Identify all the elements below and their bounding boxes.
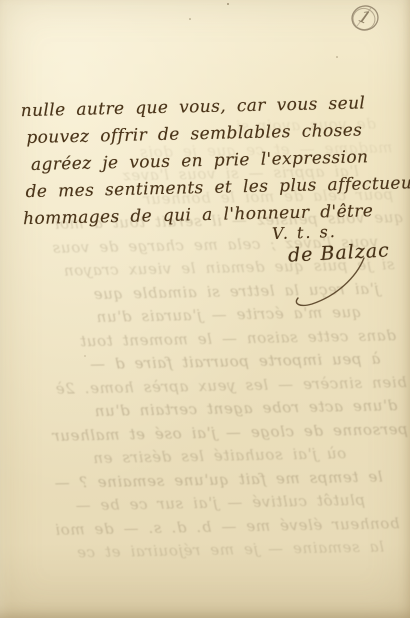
showthrough-line: bien sincère — les yeux après home. 2è [3, 373, 407, 404]
showthrough-line: dans cette saison — le moment tout [2, 326, 406, 357]
paper-speck [189, 18, 191, 20]
showthrough-line: personne de cloge — j'ai osé et malheur [4, 420, 408, 451]
letter-body: nulle autre que vous, car vous seul pouv… [21, 93, 390, 236]
paper-speck [84, 355, 86, 357]
showthrough-line: où j'ai souhaité les désirs en [4, 443, 408, 474]
showthrough-line: que m'a écrite — j'aurais d'un [1, 302, 405, 333]
letter-page: de vous avoir si madame — et ce que je d… [0, 0, 410, 618]
signature: de Balzac [287, 239, 390, 266]
showthrough-line: la semaine — je me réjouirai et ce [6, 537, 410, 568]
showthrough-line: j'ai reçu la lettre si aimable que [1, 279, 405, 310]
showthrough-line: bonheur élevé me — b. d. s. — de moi [5, 514, 409, 545]
showthrough-line: à peu importe pourrait faire d — [2, 349, 406, 380]
showthrough-line: plutôt cultivé — j'ai sur ce be — [5, 490, 409, 521]
valediction: V. t. s. [272, 222, 337, 243]
paper-speck [227, 3, 229, 5]
showthrough-line: d'une acte robe agent certain d'un [3, 396, 407, 427]
paper-speck [336, 56, 338, 58]
folio-annotation: 1 [347, 2, 383, 38]
showthrough-line: le temps me fait qu'une semaine ? — [5, 467, 409, 498]
